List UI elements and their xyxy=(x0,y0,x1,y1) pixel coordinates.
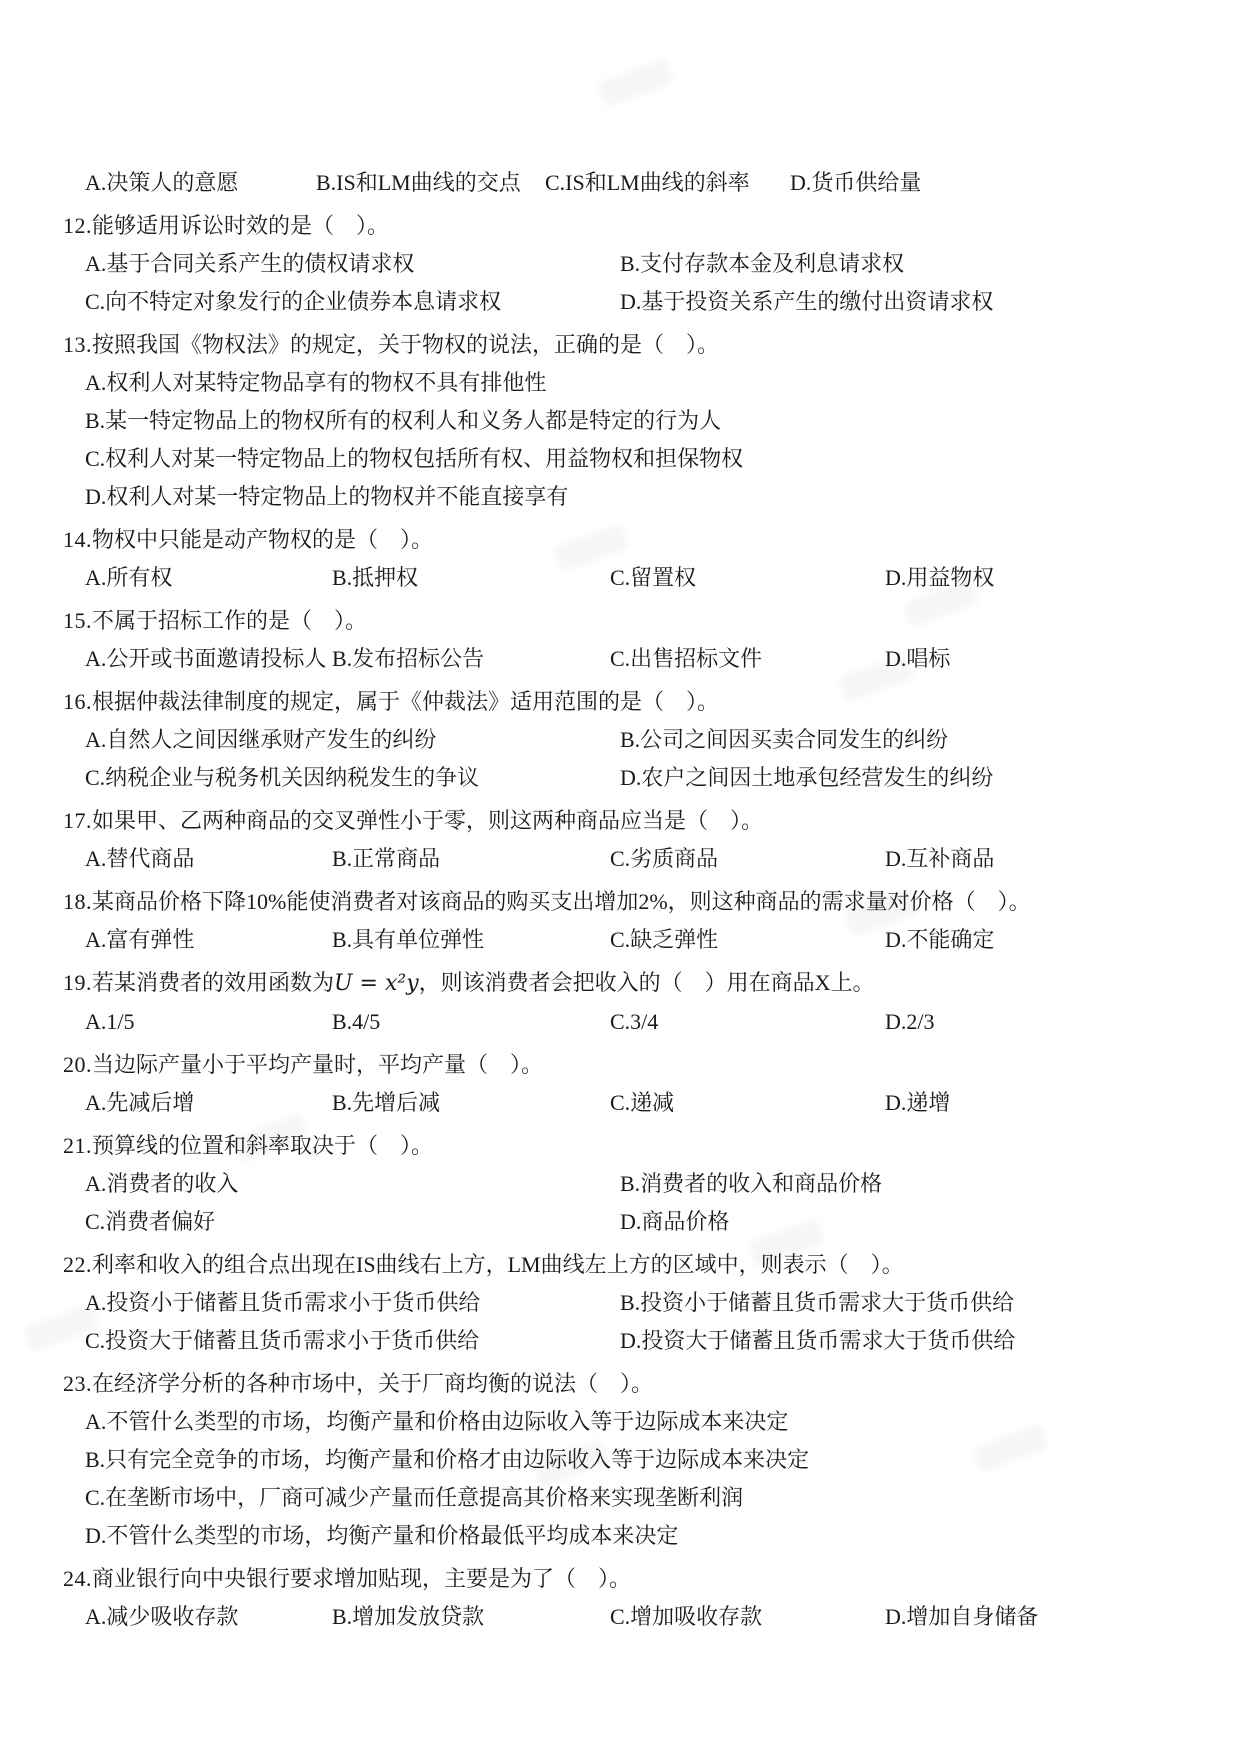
options: A.先减后增 B.先增后减 C.递减 D.递增 xyxy=(0,1084,1240,1122)
question-stem: 20.当边际产量小于平均产量时，平均产量（ ）。 xyxy=(0,1046,1240,1084)
option-d: D.投资大于储蓄且货币需求大于货币供给 xyxy=(620,1322,1240,1360)
option-a: A.投资小于储蓄且货币需求小于货币供给 xyxy=(85,1284,620,1322)
question-stem: 24.商业银行向中央银行要求增加贴现，主要是为了（ ）。 xyxy=(0,1560,1240,1598)
option-c: C.增加吸收存款 xyxy=(610,1598,885,1636)
option-a: A.消费者的收入 xyxy=(85,1165,620,1203)
options: A.基于合同关系产生的债权请求权 B.支付存款本金及利息请求权 C.向不特定对象… xyxy=(0,245,1240,321)
option-a: A.公开或书面邀请投标人 xyxy=(85,640,332,678)
option-c: C.递减 xyxy=(610,1084,885,1122)
option-b: B.具有单位弹性 xyxy=(332,921,610,959)
question-stem: 12.能够适用诉讼时效的是（ ）。 xyxy=(0,207,1240,245)
question-stem: 15.不属于招标工作的是（ ）。 xyxy=(0,602,1240,640)
option-b: B.正常商品 xyxy=(332,840,610,878)
option-c: C.缺乏弹性 xyxy=(610,921,885,959)
option-a: A.权利人对某特定物品享有的物权不具有排他性 xyxy=(85,364,1240,402)
option-d: D.不管什么类型的市场，均衡产量和价格最低平均成本来决定 xyxy=(85,1517,1240,1555)
option-b: B.先增后减 xyxy=(332,1084,610,1122)
option-d: D.2/3 xyxy=(885,1003,1240,1041)
options: A.不管什么类型的市场，均衡产量和价格由边际收入等于边际成本来决定 B.只有完全… xyxy=(0,1403,1240,1555)
options: A.1/5 B.4/5 C.3/4 D.2/3 xyxy=(0,1003,1240,1041)
option-b: B.消费者的收入和商品价格 xyxy=(620,1165,1240,1203)
question-stem: 19.若某消费者的效用函数为U = x²y，则该消费者会把收入的（ ）用在商品X… xyxy=(0,964,1240,1003)
option-d: D.基于投资关系产生的缴付出资请求权 xyxy=(620,283,1240,321)
question-number: 22. xyxy=(63,1252,92,1277)
question-number: 16. xyxy=(63,689,92,714)
question-12: 12.能够适用诉讼时效的是（ ）。 A.基于合同关系产生的债权请求权 B.支付存… xyxy=(0,207,1240,321)
option-b: B.增加发放贷款 xyxy=(332,1598,610,1636)
option-b: B.只有完全竞争的市场，均衡产量和价格才由边际收入等于边际成本来决定 xyxy=(85,1441,1240,1479)
options: A.减少吸收存款 B.增加发放贷款 C.增加吸收存款 D.增加自身储备 xyxy=(0,1598,1240,1636)
option-d: D.唱标 xyxy=(885,640,1240,678)
option-c: C.在垄断市场中，厂商可减少产量而任意提高其价格来实现垄断利润 xyxy=(85,1479,1240,1517)
option-c: C.出售招标文件 xyxy=(610,640,885,678)
question-text: 不属于招标工作的是（ ）。 xyxy=(92,608,367,633)
question-23: 23.在经济学分析的各种市场中，关于厂商均衡的说法（ ）。 A.不管什么类型的市… xyxy=(0,1365,1240,1555)
question-text: 根据仲裁法律制度的规定，属于《仲裁法》适用范围的是（ ）。 xyxy=(92,689,719,714)
option-a: A.1/5 xyxy=(85,1003,332,1041)
option-c: C.IS和LM曲线的斜率 xyxy=(545,164,790,202)
option-a: A.自然人之间因继承财产发生的纠纷 xyxy=(85,721,620,759)
question-text-pre: 若某消费者的效用函数为 xyxy=(92,970,334,995)
question-number: 14. xyxy=(63,527,92,552)
option-b: B.4/5 xyxy=(332,1003,610,1041)
question-16: 16.根据仲裁法律制度的规定，属于《仲裁法》适用范围的是（ ）。 A.自然人之间… xyxy=(0,683,1240,797)
option-a: A.减少吸收存款 xyxy=(85,1598,332,1636)
question-number: 19. xyxy=(63,970,92,995)
option-d: D.用益物权 xyxy=(885,559,1240,597)
utility-function-formula: U = x²y xyxy=(334,971,419,996)
question-number: 17. xyxy=(63,808,92,833)
options: A.权利人对某特定物品享有的物权不具有排他性 B.某一特定物品上的物权所有的权利… xyxy=(0,364,1240,516)
option-a: A.先减后增 xyxy=(85,1084,332,1122)
question-11-options-row: A.决策人的意愿 B.IS和LM曲线的交点 C.IS和LM曲线的斜率 D.货币供… xyxy=(0,164,1240,202)
question-stem: 16.根据仲裁法律制度的规定，属于《仲裁法》适用范围的是（ ）。 xyxy=(0,683,1240,721)
question-number: 13. xyxy=(63,332,92,357)
option-d: D.增加自身储备 xyxy=(885,1598,1240,1636)
question-number: 23. xyxy=(63,1371,92,1396)
option-b: B.IS和LM曲线的交点 xyxy=(316,164,545,202)
question-text: 物权中只能是动产物权的是（ ）。 xyxy=(92,527,433,552)
question-text: 按照我国《物权法》的规定，关于物权的说法，正确的是（ ）。 xyxy=(92,332,719,357)
options: A.公开或书面邀请投标人 B.发布招标公告 C.出售招标文件 D.唱标 xyxy=(0,640,1240,678)
watermark xyxy=(598,58,675,107)
options: A.投资小于储蓄且货币需求小于货币供给 B.投资小于储蓄且货币需求大于货币供给 … xyxy=(0,1284,1240,1360)
options: A.所有权 B.抵押权 C.留置权 D.用益物权 xyxy=(0,559,1240,597)
option-d: D.权利人对某一特定物品上的物权并不能直接享有 xyxy=(85,478,1240,516)
options: A.替代商品 B.正常商品 C.劣质商品 D.互补商品 xyxy=(0,840,1240,878)
option-a: A.不管什么类型的市场，均衡产量和价格由边际收入等于边际成本来决定 xyxy=(85,1403,1240,1441)
question-19: 19.若某消费者的效用函数为U = x²y，则该消费者会把收入的（ ）用在商品X… xyxy=(0,964,1240,1041)
question-text: 当边际产量小于平均产量时，平均产量（ ）。 xyxy=(92,1052,543,1077)
option-b: B.发布招标公告 xyxy=(332,640,610,678)
option-a: A.基于合同关系产生的债权请求权 xyxy=(85,245,620,283)
option-a: A.富有弹性 xyxy=(85,921,332,959)
question-number: 12. xyxy=(63,213,92,238)
question-number: 15. xyxy=(63,608,92,633)
question-text: 利率和收入的组合点出现在IS曲线右上方，LM曲线左上方的区域中，则表示（ ）。 xyxy=(92,1252,904,1277)
option-a: A.所有权 xyxy=(85,559,332,597)
option-c: C.纳税企业与税务机关因纳税发生的争议 xyxy=(85,759,620,797)
option-c: C.投资大于储蓄且货币需求小于货币供给 xyxy=(85,1322,620,1360)
question-stem: 23.在经济学分析的各种市场中，关于厂商均衡的说法（ ）。 xyxy=(0,1365,1240,1403)
exam-page: A.决策人的意愿 B.IS和LM曲线的交点 C.IS和LM曲线的斜率 D.货币供… xyxy=(0,0,1240,1754)
option-d: D.货币供给量 xyxy=(790,164,1240,202)
question-number: 21. xyxy=(63,1133,92,1158)
option-b: B.某一特定物品上的物权所有的权利人和义务人都是特定的行为人 xyxy=(85,402,1240,440)
question-text: 在经济学分析的各种市场中，关于厂商均衡的说法（ ）。 xyxy=(92,1371,653,1396)
option-d: D.递增 xyxy=(885,1084,1240,1122)
option-c: C.权利人对某一特定物品上的物权包括所有权、用益物权和担保物权 xyxy=(85,440,1240,478)
question-text-post: ，则该消费者会把收入的（ ）用在商品X上。 xyxy=(419,970,875,995)
question-number: 20. xyxy=(63,1052,92,1077)
question-stem: 21.预算线的位置和斜率取决于（ ）。 xyxy=(0,1127,1240,1165)
option-c: C.劣质商品 xyxy=(610,840,885,878)
option-b: B.抵押权 xyxy=(332,559,610,597)
question-text: 能够适用诉讼时效的是（ ）。 xyxy=(92,213,389,238)
option-d: D.不能确定 xyxy=(885,921,1240,959)
question-stem: 18.某商品价格下降10%能使消费者对该商品的购买支出增加2%，则这种商品的需求… xyxy=(0,883,1240,921)
question-22: 22.利率和收入的组合点出现在IS曲线右上方，LM曲线左上方的区域中，则表示（ … xyxy=(0,1246,1240,1360)
question-text: 某商品价格下降10%能使消费者对该商品的购买支出增加2%，则这种商品的需求量对价… xyxy=(92,889,1031,914)
option-c: C.消费者偏好 xyxy=(85,1203,620,1241)
option-b: B.投资小于储蓄且货币需求大于货币供给 xyxy=(620,1284,1240,1322)
question-text: 如果甲、乙两种商品的交叉弹性小于零，则这两种商品应当是（ ）。 xyxy=(92,808,763,833)
question-stem: 14.物权中只能是动产物权的是（ ）。 xyxy=(0,521,1240,559)
question-text: 预算线的位置和斜率取决于（ ）。 xyxy=(92,1133,433,1158)
question-18: 18.某商品价格下降10%能使消费者对该商品的购买支出增加2%，则这种商品的需求… xyxy=(0,883,1240,959)
option-a: A.替代商品 xyxy=(85,840,332,878)
question-stem: 22.利率和收入的组合点出现在IS曲线右上方，LM曲线左上方的区域中，则表示（ … xyxy=(0,1246,1240,1284)
option-c: C.3/4 xyxy=(610,1003,885,1041)
question-17: 17.如果甲、乙两种商品的交叉弹性小于零，则这两种商品应当是（ ）。 A.替代商… xyxy=(0,802,1240,878)
option-d: D.商品价格 xyxy=(620,1203,1240,1241)
options: A.自然人之间因继承财产发生的纠纷 B.公司之间因买卖合同发生的纠纷 C.纳税企… xyxy=(0,721,1240,797)
question-stem: 17.如果甲、乙两种商品的交叉弹性小于零，则这两种商品应当是（ ）。 xyxy=(0,802,1240,840)
question-21: 21.预算线的位置和斜率取决于（ ）。 A.消费者的收入 B.消费者的收入和商品… xyxy=(0,1127,1240,1241)
question-15: 15.不属于招标工作的是（ ）。 A.公开或书面邀请投标人 B.发布招标公告 C… xyxy=(0,602,1240,678)
option-a: A.决策人的意愿 xyxy=(85,164,316,202)
option-d: D.互补商品 xyxy=(885,840,1240,878)
options: A.富有弹性 B.具有单位弹性 C.缺乏弹性 D.不能确定 xyxy=(0,921,1240,959)
question-number: 18. xyxy=(63,889,92,914)
question-14: 14.物权中只能是动产物权的是（ ）。 A.所有权 B.抵押权 C.留置权 D.… xyxy=(0,521,1240,597)
question-24: 24.商业银行向中央银行要求增加贴现，主要是为了（ ）。 A.减少吸收存款 B.… xyxy=(0,1560,1240,1636)
question-13: 13.按照我国《物权法》的规定，关于物权的说法，正确的是（ ）。 A.权利人对某… xyxy=(0,326,1240,516)
question-stem: 13.按照我国《物权法》的规定，关于物权的说法，正确的是（ ）。 xyxy=(0,326,1240,364)
options: A.消费者的收入 B.消费者的收入和商品价格 C.消费者偏好 D.商品价格 xyxy=(0,1165,1240,1241)
option-b: B.支付存款本金及利息请求权 xyxy=(620,245,1240,283)
question-text: 商业银行向中央银行要求增加贴现，主要是为了（ ）。 xyxy=(92,1566,631,1591)
exam-content: A.决策人的意愿 B.IS和LM曲线的交点 C.IS和LM曲线的斜率 D.货币供… xyxy=(0,164,1240,1636)
option-d: D.农户之间因土地承包经营发生的纠纷 xyxy=(620,759,1240,797)
option-c: C.留置权 xyxy=(610,559,885,597)
option-b: B.公司之间因买卖合同发生的纠纷 xyxy=(620,721,1240,759)
question-20: 20.当边际产量小于平均产量时，平均产量（ ）。 A.先减后增 B.先增后减 C… xyxy=(0,1046,1240,1122)
option-c: C.向不特定对象发行的企业债券本息请求权 xyxy=(85,283,620,321)
question-number: 24. xyxy=(63,1566,92,1591)
